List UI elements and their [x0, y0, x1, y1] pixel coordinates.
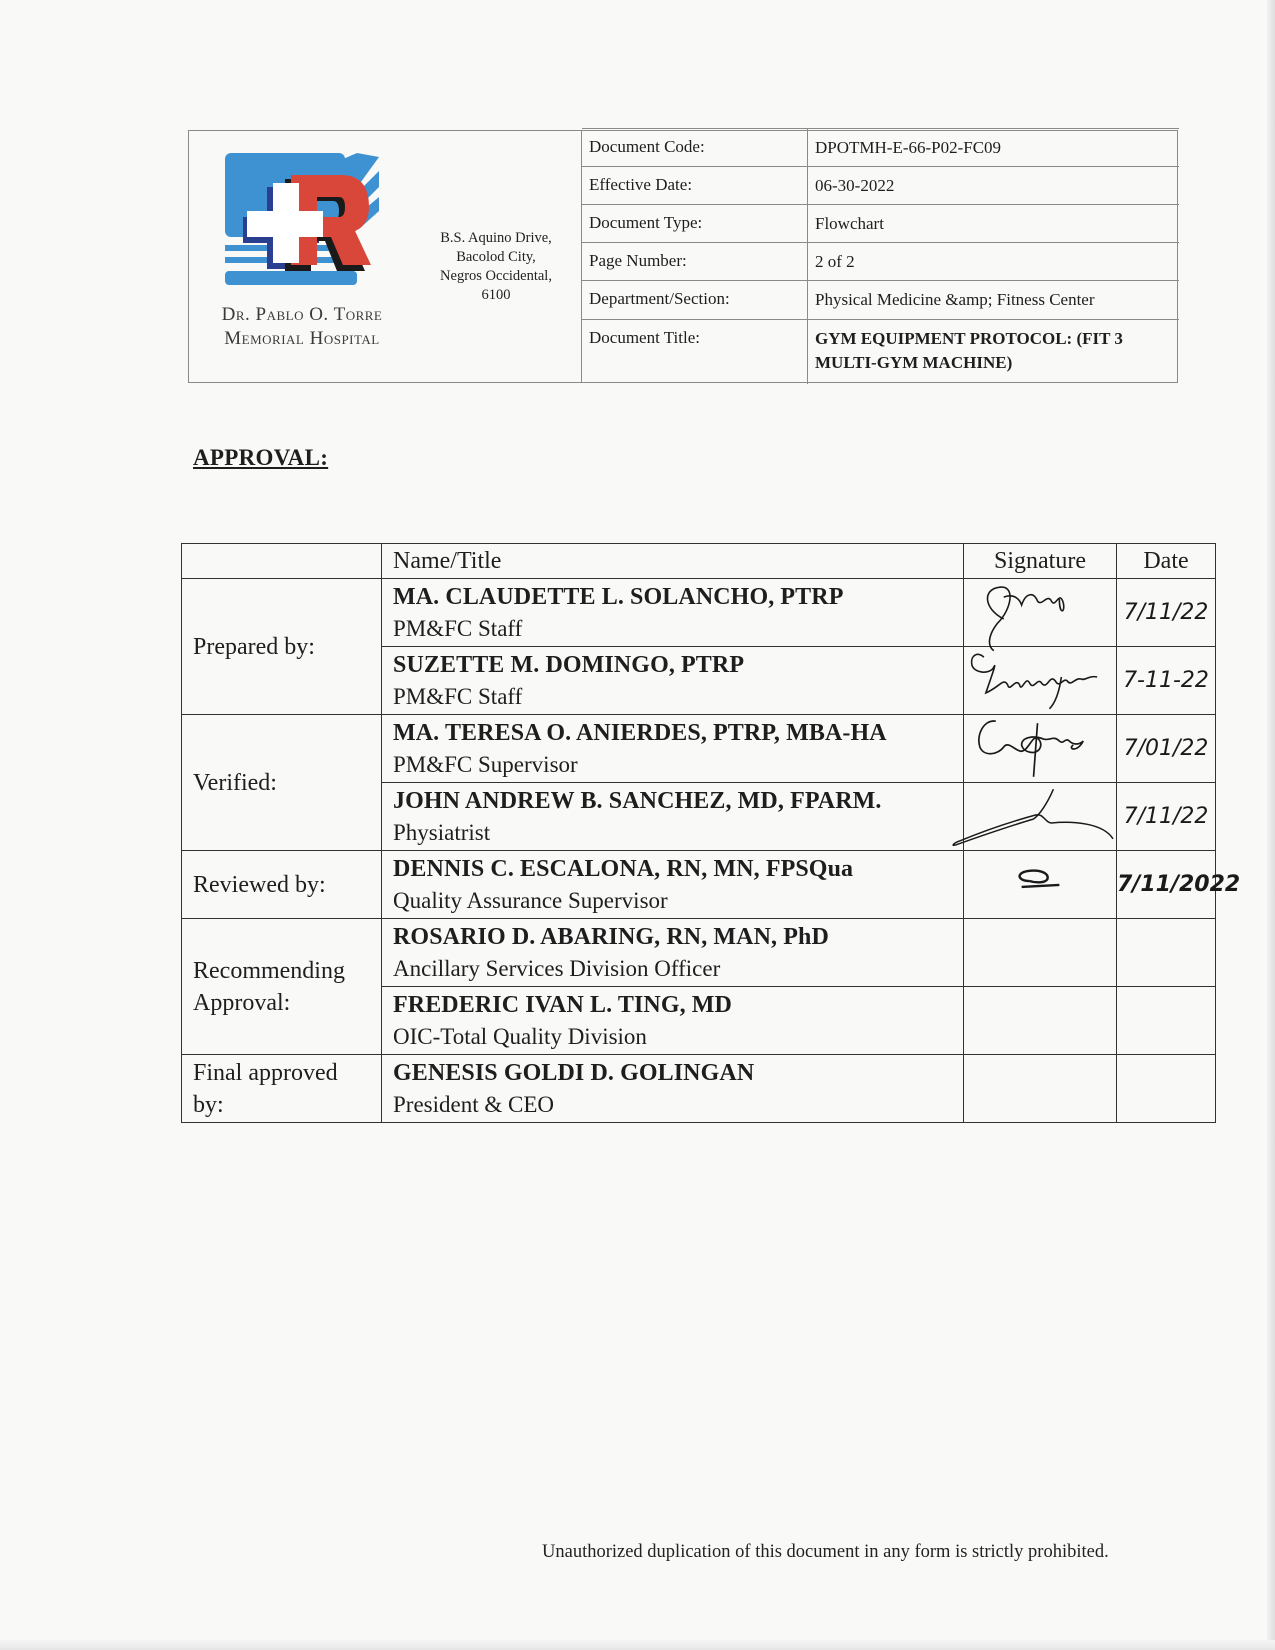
signatory-name: SUZETTE M. DOMINGO, PTRP — [393, 649, 963, 681]
address-line: Negros Occidental, — [440, 268, 552, 284]
signature-date: 7-11-22 — [1117, 647, 1216, 715]
signature-cell — [964, 851, 1117, 919]
signature-cell — [964, 579, 1117, 647]
handwritten-signature-icon — [964, 715, 1116, 782]
signature-cell — [964, 987, 1117, 1055]
meta-label: Document Type: — [582, 205, 808, 242]
handwritten-signature-icon — [964, 647, 1116, 714]
role-line: Approval: — [193, 990, 290, 1016]
address-line: 6100 — [482, 287, 511, 303]
handwritten-signature-icon — [964, 783, 1116, 850]
signature-date — [1117, 919, 1216, 987]
hospital-name-line1: Dr. Pablo O. Torre — [222, 304, 383, 325]
meta-row-page-number: Page Number: 2 of 2 — [582, 242, 1179, 281]
handwritten-signature-icon — [964, 579, 1116, 646]
signature-date: 7/11/2022 — [1117, 851, 1216, 919]
scan-edge — [1267, 0, 1275, 1650]
signatory: MA. TERESA O. ANIERDES, PTRP, MBA-HA PM&… — [382, 715, 964, 783]
meta-value: Flowchart — [808, 205, 1179, 242]
signatory-title: Physiatrist — [393, 817, 963, 848]
signatory-title: PM&FC Staff — [393, 613, 963, 644]
scan-edge-bottom — [0, 1640, 1275, 1650]
signature-cell — [964, 919, 1117, 987]
role-line: by: — [193, 1092, 224, 1118]
signature-date: 7/01/22 — [1117, 715, 1216, 783]
meta-value: Physical Medicine &amp; Fitness Center — [808, 281, 1179, 319]
signature-date — [1117, 1055, 1216, 1123]
signatory-name: DENNIS C. ESCALONA, RN, MN, FPSQua — [393, 853, 963, 885]
meta-label: Effective Date: — [582, 167, 808, 204]
signatory-name: JOHN ANDREW B. SANCHEZ, MD, FPARM. — [393, 785, 963, 817]
hospital-name-line2: Memorial Hospital — [224, 328, 380, 349]
hospital-cross-r-logo-icon — [225, 153, 379, 287]
meta-row-document-type: Document Type: Flowchart — [582, 204, 1179, 243]
table-header-row: Name/Title Signature Date — [182, 544, 1216, 579]
meta-label: Document Code: — [582, 129, 808, 166]
signatory: ROSARIO D. ABARING, RN, MAN, PhD Ancilla… — [382, 919, 964, 987]
signature-cell — [964, 783, 1117, 851]
signatory-title: PM&FC Staff — [393, 681, 963, 712]
role-prepared-by: Prepared by: — [182, 579, 382, 715]
hospital-address: B.S. Aquino Drive, Bacolod City, Negros … — [421, 229, 571, 305]
handwritten-signature-icon — [964, 851, 1116, 918]
signatory-name: MA. TERESA O. ANIERDES, PTRP, MBA-HA — [393, 717, 963, 749]
signatory: JOHN ANDREW B. SANCHEZ, MD, FPARM. Physi… — [382, 783, 964, 851]
signatory-title: President & CEO — [393, 1089, 963, 1120]
signature-cell — [964, 647, 1117, 715]
role-line: Final approved — [193, 1060, 338, 1086]
column-header-date: Date — [1117, 544, 1216, 579]
meta-label: Department/Section: — [582, 281, 808, 319]
signatory: GENESIS GOLDI D. GOLINGAN President & CE… — [382, 1055, 964, 1123]
approval-heading: APPROVAL: — [193, 445, 328, 471]
table-row: Prepared by: MA. CLAUDETTE L. SOLANCHO, … — [182, 579, 1216, 647]
signatory-name: FREDERIC IVAN L. TING, MD — [393, 989, 963, 1021]
role-verified: Verified: — [182, 715, 382, 851]
role-recommending-approval: Recommending Approval: — [182, 919, 382, 1055]
document-header: Dr. Pablo O. Torre Memorial Hospital B.S… — [188, 130, 1178, 383]
role-final-approved-by: Final approved by: — [182, 1055, 382, 1123]
meta-value: GYM EQUIPMENT PROTOCOL: (FIT 3 MULTI-GYM… — [808, 320, 1179, 384]
signatory-title: Quality Assurance Supervisor — [393, 885, 963, 916]
signatory-name: ROSARIO D. ABARING, RN, MAN, PhD — [393, 921, 963, 953]
meta-row-effective-date: Effective Date: 06-30-2022 — [582, 166, 1179, 205]
signature-date — [1117, 987, 1216, 1055]
signature-date: 7/11/22 — [1117, 783, 1216, 851]
column-header-signature: Signature — [964, 544, 1117, 579]
signatory: DENNIS C. ESCALONA, RN, MN, FPSQua Quali… — [382, 851, 964, 919]
signature-cell — [964, 715, 1117, 783]
duplication-notice: Unauthorized duplication of this documen… — [542, 1542, 1109, 1563]
meta-row-document-code: Document Code: DPOTMH-E-66-P02-FC09 — [582, 128, 1179, 167]
role-reviewed-by: Reviewed by: — [182, 851, 382, 919]
address-line: Bacolod City, — [456, 249, 536, 265]
meta-label: Document Title: — [582, 320, 808, 384]
signatory: FREDERIC IVAN L. TING, MD OIC-Total Qual… — [382, 987, 964, 1055]
signatory: SUZETTE M. DOMINGO, PTRP PM&FC Staff — [382, 647, 964, 715]
signatory-name: MA. CLAUDETTE L. SOLANCHO, PTRP — [393, 581, 963, 613]
signatory-title: OIC-Total Quality Division — [393, 1021, 963, 1052]
approval-table: Name/Title Signature Date Prepared by: M… — [181, 543, 1216, 1123]
document-meta-table: Document Code: DPOTMH-E-66-P02-FC09 Effe… — [582, 129, 1179, 384]
signature-cell — [964, 1055, 1117, 1123]
table-row: Final approved by: GENESIS GOLDI D. GOLI… — [182, 1055, 1216, 1123]
column-header-role — [182, 544, 382, 579]
table-row: Reviewed by: DENNIS C. ESCALONA, RN, MN,… — [182, 851, 1216, 919]
table-row: Verified: MA. TERESA O. ANIERDES, PTRP, … — [182, 715, 1216, 783]
hospital-name: Dr. Pablo O. Torre Memorial Hospital — [189, 303, 415, 351]
signatory-name: GENESIS GOLDI D. GOLINGAN — [393, 1057, 963, 1089]
hospital-branding: Dr. Pablo O. Torre Memorial Hospital B.S… — [189, 131, 582, 382]
meta-row-department: Department/Section: Physical Medicine &a… — [582, 280, 1179, 320]
signature-date: 7/11/22 — [1117, 579, 1216, 647]
meta-value: 06-30-2022 — [808, 167, 1179, 204]
table-row: Recommending Approval: ROSARIO D. ABARIN… — [182, 919, 1216, 987]
meta-label: Page Number: — [582, 243, 808, 280]
meta-value: DPOTMH-E-66-P02-FC09 — [808, 129, 1179, 166]
signatory: MA. CLAUDETTE L. SOLANCHO, PTRP PM&FC St… — [382, 579, 964, 647]
meta-row-document-title: Document Title: GYM EQUIPMENT PROTOCOL: … — [582, 319, 1179, 384]
signatory-title: Ancillary Services Division Officer — [393, 953, 963, 984]
signatory-title: PM&FC Supervisor — [393, 749, 963, 780]
column-header-name: Name/Title — [382, 544, 964, 579]
role-line: Recommending — [193, 958, 345, 984]
address-line: B.S. Aquino Drive, — [440, 230, 552, 246]
meta-value: 2 of 2 — [808, 243, 1179, 280]
